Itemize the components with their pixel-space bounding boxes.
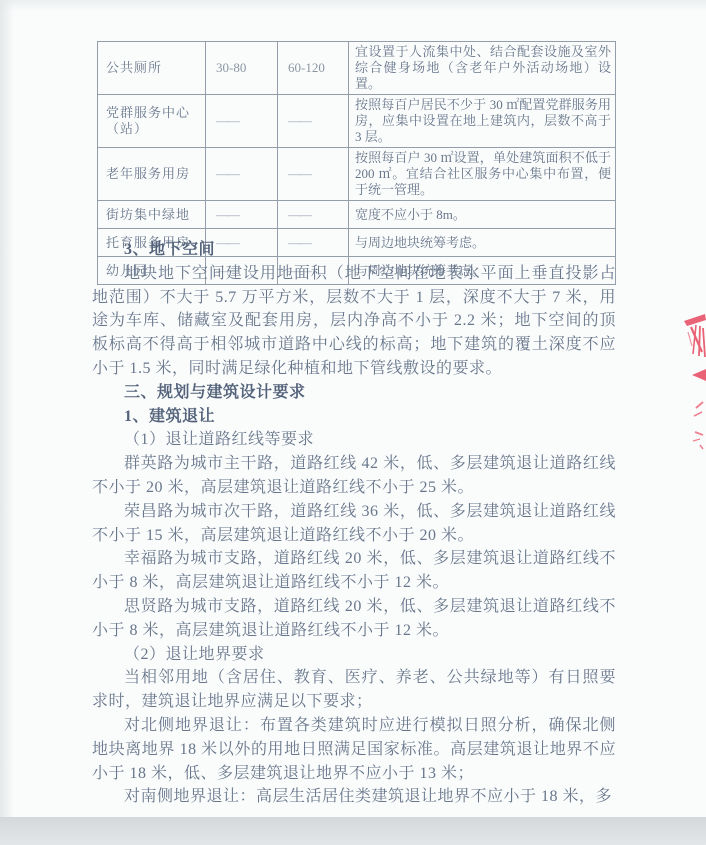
body-paragraph: 地块地下空间建设用地面积（地下空间在地表水平面上垂直投影占地范围）不大于 5.7… [92,262,616,381]
body-paragraph: 思贤路为城市支路，道路红线 20 米，低、多层建筑退让道路红线不小于 8 米，高… [92,595,616,643]
area-min-cell: —— [206,148,278,201]
body-paragraph: 对北侧地界退让：布置各类建筑时应进行模拟日照分析，确保北侧地块离地界 18 米以… [92,714,616,785]
facility-name-cell: 党群服务中心（站） [98,95,206,148]
document-page: 公共厕所30-8060-120宜设置于人流集中处、结合配套设施及室外综合健身场地… [0,0,706,845]
area-max-cell: —— [278,201,349,229]
requirement-cell: 按照每百户 30 ㎡设置，单处建筑面积不低于 200 ㎡。宜结合社区服务中心集中… [349,148,616,201]
requirement-cell: 宜设置于人流集中处、结合配套设施及室外综合健身场地（含老年户外活动场地）设置。 [349,42,616,95]
body-paragraph: 群英路为城市主干路，道路红线 42 米，低、多层建筑退让道路红线不小于 20 米… [92,452,616,500]
table-row: 党群服务中心（站）————按照每百户居民不少于 30 ㎡配置党群服务用房，应集中… [98,95,616,148]
body-heading: 1、建筑退让 [92,405,616,429]
facility-name-cell: 公共厕所 [98,42,206,95]
body-paragraph: 对南侧地界退让：高层生活居住类建筑退让地界不应小于 18 米，多 [92,785,616,809]
body-paragraph: 幸福路为城市支路，道路红线 20 米，低、多层建筑退让道路红线不小于 8 米，高… [92,547,616,595]
body-paragraph: 荣昌路为城市次干路，道路红线 36 米，低、多层建筑退让道路红线不小于 15 米… [92,500,616,548]
table-row: 公共厕所30-8060-120宜设置于人流集中处、结合配套设施及室外综合健身场地… [98,42,616,95]
requirement-cell: 按照每百户居民不少于 30 ㎡配置党群服务用房，应集中设置在地上建筑内，层数不高… [349,95,616,148]
document-body: 3、地下空间地块地下空间建设用地面积（地下空间在地表水平面上垂直投影占地范围）不… [92,238,616,809]
table-row: 老年服务用房————按照每百户 30 ㎡设置，单处建筑面积不低于 200 ㎡。宜… [98,148,616,201]
area-max-cell: —— [278,95,349,148]
area-min-cell: —— [206,95,278,148]
facility-name-cell: 老年服务用房 [98,148,206,201]
body-paragraph: 当相邻用地（含居住、教育、医疗、养老、公共绿地等）有日照要求时，建筑退让地界应满… [92,666,616,714]
requirement-cell: 宽度不应小于 8m。 [349,201,616,229]
area-max-cell: —— [278,148,349,201]
scan-left-shadow [0,0,14,845]
table-row: 街坊集中绿地————宽度不应小于 8m。 [98,201,616,229]
area-min-cell: 30-80 [206,42,278,95]
body-paragraph: （2）退让地界要求 [92,643,616,667]
area-min-cell: —— [206,201,278,229]
facility-name-cell: 街坊集中绿地 [98,201,206,229]
scan-bottom-shadow [0,817,706,845]
body-heading: 3、地下空间 [92,238,616,262]
scan-top-shadow [0,0,706,12]
area-max-cell: 60-120 [278,42,349,95]
red-stamp-icon [682,312,706,462]
body-heading: 三、规划与建筑设计要求 [92,381,616,405]
body-paragraph: （1）退让道路红线等要求 [92,428,616,452]
